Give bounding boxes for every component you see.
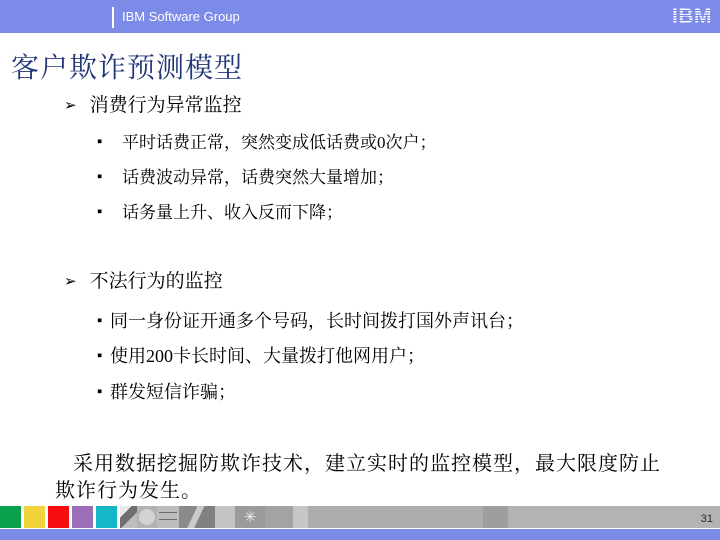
photo-tile-person [120,506,137,528]
header-group-label: IBM Software Group [122,9,240,24]
photo-tile-dark-band [483,506,508,528]
bullet-item-text: 话费波动异常，话费突然大量增加； [122,167,394,188]
photo-tile-lines [157,506,179,528]
summary-line-2: 欺诈行为发生。 [55,478,695,505]
section-2-item-1: ▪ 同一身份证开通多个号码，长时间拨打国外声讯台； [97,311,524,332]
color-chip-red [48,506,69,528]
footer-color-chips [0,506,120,528]
square-bullet-icon: ▪ [97,311,109,332]
page-number: 31 [701,513,713,525]
footer-bar [0,529,720,540]
square-bullet-icon: ▪ [97,167,109,188]
section-2-item-3: ▪ 群发短信诈骗； [97,382,236,403]
section-2-item-2: ▪ 使用200卡长时间、大量拨打他网用户； [97,346,425,367]
header-divider [112,7,114,28]
photo-tile-light [215,506,235,528]
section-1-item-1: ▪ 平时话费正常，突然变成低话费或0次户； [97,132,437,153]
summary-paragraph: 采用数据挖掘防欺诈技术，建立实时的监控模型，最大限度防止 欺诈行为发生。 [55,451,695,505]
square-bullet-icon: ▪ [97,346,109,367]
color-chip-teal [96,506,117,528]
bullet-item-text: 话务量上升、收入反而下降； [122,202,343,223]
color-chip-green [0,506,21,528]
photo-tile-plain-right [508,506,720,528]
square-bullet-icon: ▪ [97,132,109,153]
color-chip-yellow [24,506,45,528]
color-chip-purple [72,506,93,528]
photo-tile-gray [265,506,293,528]
section-1-item-3: ▪ 话务量上升、收入反而下降； [97,202,343,223]
bullet-item-text: 同一身份证开通多个号码，长时间拨打国外声讯台； [110,311,524,332]
slide: IBM Software Group IBM 客户欺诈预测模型 ➢ 消费行为异常… [0,0,720,540]
section-1-heading-row: ➢ 消费行为异常监控 [64,95,242,117]
circle-icon [139,509,155,525]
bullet-item-text: 平时话费正常，突然变成低话费或0次户； [122,132,437,153]
slide-title: 客户欺诈预测模型 [11,46,243,86]
photo-tile-hands [179,506,215,528]
square-bullet-icon: ▪ [97,382,109,403]
photo-tile-light-band [293,506,308,528]
arrow-bullet-icon: ➢ [64,95,77,117]
square-bullet-icon: ▪ [97,202,109,223]
photo-tile-circle [137,506,157,528]
section-1-heading: 消费行为异常监控 [90,95,242,117]
summary-line-1: 采用数据挖掘防欺诈技术，建立实时的监控模型，最大限度防止 [55,451,695,478]
section-1-item-2: ▪ 话费波动异常，话费突然大量增加； [97,167,394,188]
footer-photo-strip: ✳ 31 [120,506,720,528]
section-2-heading-row: ➢ 不法行为的监控 [64,271,223,293]
photo-tile-plain [308,506,483,528]
ibm-logo: IBM [672,6,712,28]
bullet-item-text: 使用200卡长时间、大量拨打他网用户； [110,346,425,367]
bullet-item-text: 群发短信诈骗； [110,382,236,403]
gear-icon: ✳ [235,506,265,528]
ibm-logo-text: IBM [672,5,712,28]
section-2-heading: 不法行为的监控 [90,271,223,293]
header-bar: IBM Software Group IBM [0,0,720,33]
arrow-bullet-icon: ➢ [64,271,77,293]
